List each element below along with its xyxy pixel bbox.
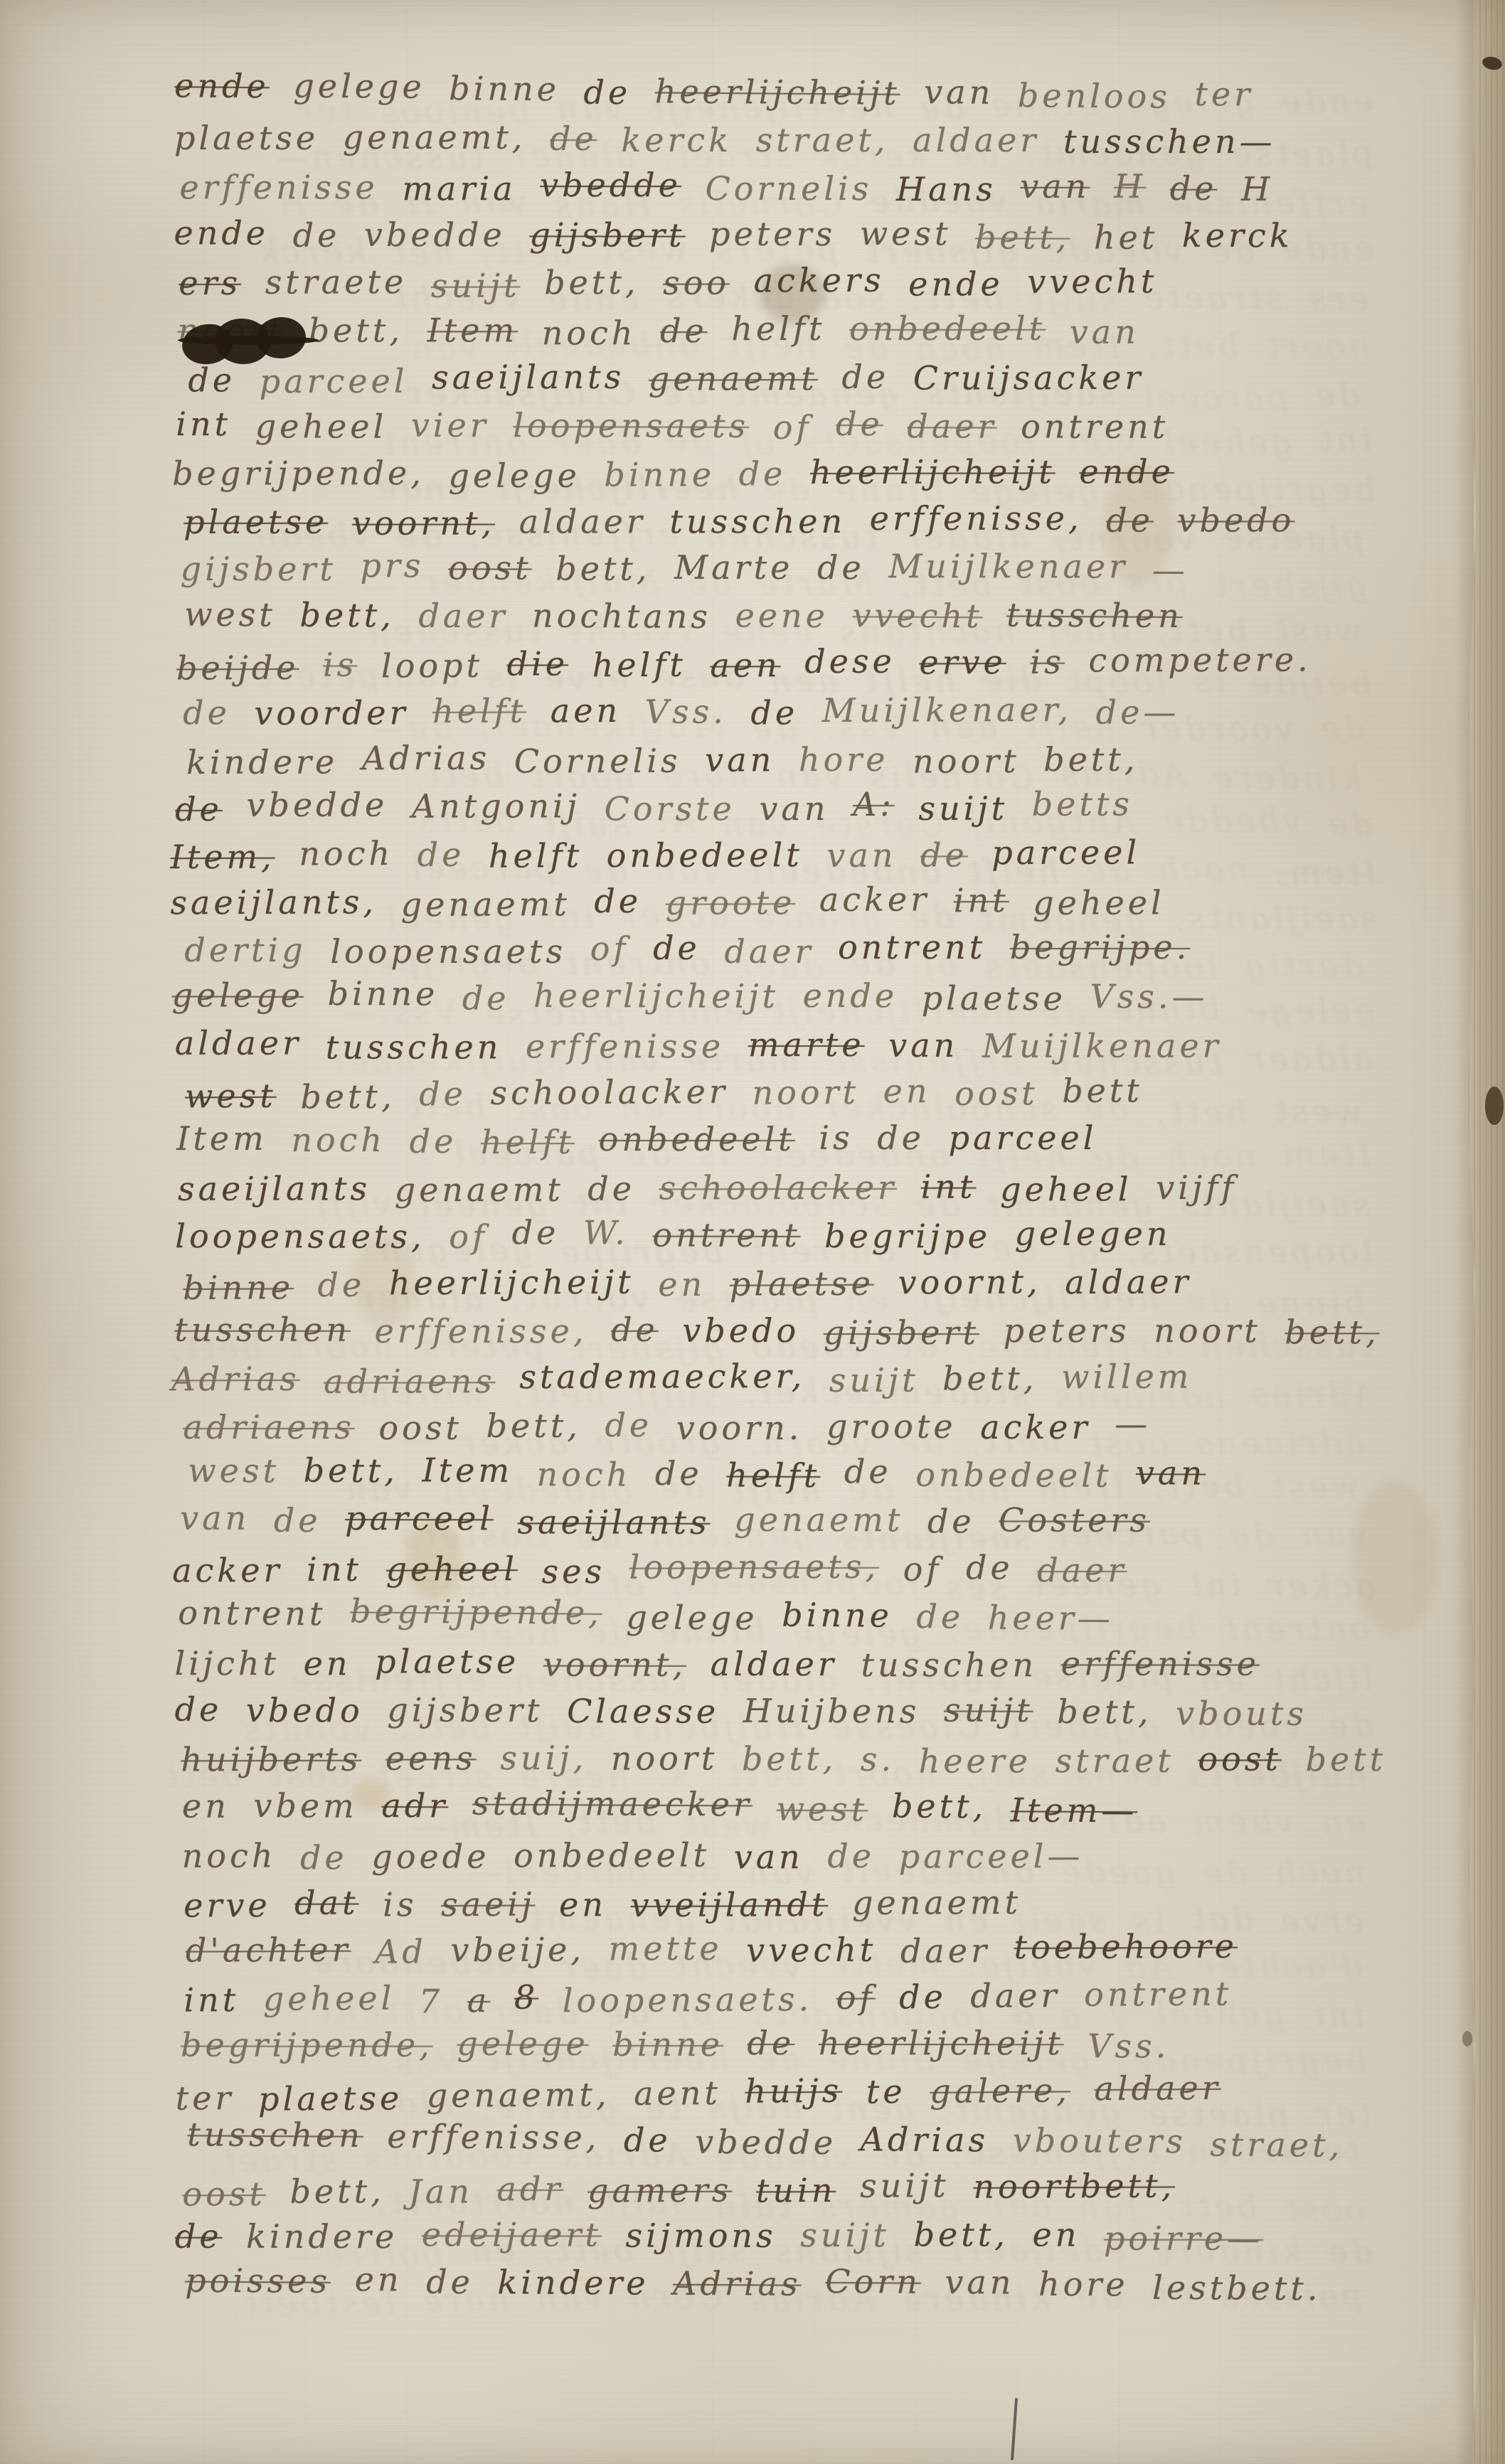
word: schoolacker [490,1072,728,1111]
word: Item [176,1119,267,1158]
word: tusschen [1006,596,1183,635]
manuscript-line: van de parceel saeijlants genaemt de Cos… [180,1497,1460,1547]
word: saeij [441,1885,535,1924]
word: 7 [419,1982,444,2020]
word: hore [1038,2264,1129,2303]
word: bett, [975,218,1070,257]
word: noort [752,1073,859,1112]
word: genaemt [395,1170,564,1209]
word: bett [1062,1071,1143,1110]
manuscript-line: plaetse genaemt, de kerck straet, aldaer… [174,116,1455,164]
word: voornt, [543,1645,686,1683]
word: en [1032,2215,1080,2254]
word: vier [411,406,489,444]
word: de [183,693,230,732]
word: en [883,1072,930,1110]
word: bett, [555,549,650,587]
word: ses [542,1552,606,1591]
word: ontrent [1021,407,1169,445]
manuscript-line: west bett, de schoolacker noort en oost … [185,1065,1465,1121]
word: is [383,1885,418,1924]
word: heerlijcheijt [533,976,779,1015]
word: groote [666,883,796,922]
word: bett, [304,1451,399,1490]
manuscript-line: adriaens oost bett, de voorn. groote ack… [183,1402,1463,1450]
word: gamers [587,2171,733,2210]
word: en [304,1644,351,1682]
word: de [844,1452,892,1490]
word: Huijbens [743,1692,920,1731]
word: de [750,694,798,732]
word: soo [663,264,730,302]
manuscript-line: dertig loopensaets of de daer ontrent be… [184,926,1464,974]
word: poisses [185,2261,331,2300]
word: ende [174,66,270,105]
word: schoolacker [659,1168,897,1207]
word: toebehoore [1014,1926,1238,1966]
word: heerlijcheijt [655,73,900,113]
word: ende [174,214,269,252]
word: prs [360,547,424,585]
word: oost [378,1409,462,1447]
word: bett, [289,2172,385,2211]
word: A: [853,785,895,823]
word: van [759,789,829,828]
word: begrijpe. [1010,928,1190,966]
word: beijde [176,648,299,687]
word: plaetse [375,1642,519,1680]
word: eens [385,1739,477,1777]
word: bett, [486,1407,581,1445]
word: Item [427,311,518,349]
word: suijt [918,789,1008,828]
manuscript-line: Item, noch de helft onbedeelt van de par… [170,828,1450,880]
word: vbouters [1013,2121,1186,2161]
word: de [462,978,510,1017]
word: straet [1055,1741,1174,1779]
manuscript-line: saeijlants genaemt de schoolacker int ge… [178,1163,1458,1212]
word: noch [537,1455,632,1494]
manuscript-line: en vbem adr stadijmaecker west bett, Ite… [182,1780,1462,1834]
word: de [317,1265,365,1303]
manuscript-line: d'achter Ad vbeije, mette vvecht daer to… [186,1924,1466,1976]
word: straet, [756,121,889,159]
word: van [180,1499,250,1537]
word: begrijpe [824,1217,991,1255]
word: voorder [254,693,408,732]
word: W. [583,1213,629,1252]
manuscript-line: west bett, daer nochtans eene vvecht tus… [184,589,1464,644]
word: de [624,2121,671,2159]
word: H [1241,170,1273,208]
word: vbedo [1178,501,1295,539]
word: Antgonij [412,786,580,825]
word: de [550,119,597,158]
word: erve [184,1886,271,1924]
word: lestbett. [1152,2268,1321,2307]
word: genaemt, [427,2075,610,2115]
word: peters [709,214,836,252]
word: onbedeelt [599,1120,795,1158]
word: de [655,1454,703,1493]
word: de [419,1074,467,1113]
word: te [866,2072,906,2111]
word: saeijlants [178,1169,371,1208]
word: noort [611,1739,718,1777]
manuscript-line: de vbedo gijsbert Claesse Huijbens suijt… [175,1687,1455,1738]
word: west [188,1451,280,1490]
word: plaetse [184,503,328,541]
word: west [184,595,276,634]
word: is [819,1119,853,1157]
word: begrijpende, [172,454,425,493]
word: de [426,2263,474,2301]
word: oost [1198,1739,1282,1778]
word: binne [183,1268,294,1307]
word: gelege [626,1598,758,1637]
word: Adrias [861,2121,989,2160]
word: ende [1079,452,1174,491]
word: de [418,836,465,874]
manuscript-line: de kindere edeijaert sijmons suijt bett,… [175,2212,1455,2261]
word: heerlijcheijt [389,1263,634,1303]
manuscript-line: west bett, Item noch de helft de onbedee… [188,1447,1468,1500]
word: Adrias [362,739,491,778]
word: vvecht [1027,262,1157,302]
word: geheel [263,1978,395,2017]
word: Costers [999,1500,1150,1539]
word: H [1114,166,1146,205]
word: gelege [457,2025,588,2063]
word: acker [172,1551,282,1589]
manuscript-line: binne de heerlijcheijt en plaetse voornt… [183,1256,1463,1311]
word: kerck [1182,216,1293,255]
word: ende [803,976,898,1014]
word: bett, [742,1739,836,1778]
word: daer [900,1931,990,1970]
word: de [410,1122,457,1161]
word: Muijlkenaer, [822,690,1073,730]
word: competere. [1088,640,1312,679]
word: helft [592,646,686,685]
word: de [916,1597,964,1636]
manuscript-line: tusschen erffenisse, de vbedo gijsbert p… [174,1307,1455,1355]
manuscript-line: ter plaetse genaemt, aent huijs te galer… [175,2064,1455,2121]
word: suijt [860,2166,950,2205]
word: en [355,2260,403,2298]
word: geheel [385,1550,518,1588]
word: noortbett, [973,2166,1175,2205]
word: poirre— [1104,2219,1263,2257]
word: de [300,1838,348,1877]
manuscript-line: erffenisse maria vbedde Cornelis Hans va… [179,164,1459,212]
word: aldaer [175,1024,302,1062]
word: genaemt [649,359,818,398]
word: of [590,929,629,968]
word: daer [724,932,814,971]
word: loopensaets, [175,1217,425,1256]
word: gijsbert [824,1313,979,1352]
word: saeijlants, [170,882,377,922]
word: erffenisse [526,1027,724,1065]
word: geheel [255,407,388,445]
word: bett, [942,1359,1037,1397]
word: en [559,1885,607,1924]
word: tusschen [326,1028,502,1066]
word: de [175,1690,223,1728]
word: de [836,405,883,443]
word: of [449,1217,488,1256]
word: vvecht [746,1931,876,1970]
word: of [903,1550,942,1589]
word: benloos [1018,76,1171,116]
word: genaemt [852,1883,1021,1922]
word: plaetse [922,978,1066,1018]
word: gelege [172,976,304,1015]
word: mette [608,1929,722,1968]
word: int [954,881,1009,919]
word: erffenisse [1061,1644,1260,1682]
word: nochtans [532,597,711,636]
word: parceel [991,833,1140,872]
word: aen [710,646,780,684]
word: Item [422,1451,513,1490]
word: aldaer [913,121,1039,159]
word: 8 [514,1978,539,2017]
word: Hans [896,170,996,208]
word: genaemt [401,885,570,924]
word: vbem [253,1786,358,1825]
word: van [1020,167,1090,206]
word: onbedeelt [607,836,803,875]
word: bett, [299,595,395,634]
word: de— [1096,693,1180,731]
word: oost [448,548,532,587]
word: — [1152,551,1188,590]
word: de [899,1978,947,2016]
word: de [841,357,889,395]
manuscript-line: erve dat is saeij en vveijlandt genaemt [184,1877,1464,1929]
word: suijt [431,266,521,304]
word: de [274,1500,321,1539]
word: bett, [300,1077,395,1116]
word: de [594,882,642,920]
word: gijsbert [387,1690,543,1729]
word: betts [1032,785,1133,823]
word: loopt [381,646,483,685]
word: vvecht [852,597,982,636]
word: erffenisse, [387,2117,600,2157]
manuscript-line: noch de goede onbedeelt van de parceel— [182,1829,1462,1881]
word: ter [176,2078,235,2117]
word: loopensaets. [563,1980,813,2020]
word: ende [908,265,1004,303]
word: aldaer [519,502,646,540]
word: Marte [674,548,793,586]
word: parceel [345,1498,494,1537]
word: Cornelis [514,742,681,781]
word: de [653,929,701,967]
word: plaetse [174,119,319,158]
manuscript-line: ers straete suijt bett, soo ackers ende … [179,257,1459,309]
word: tusschen [174,1311,351,1349]
word: helft [489,836,583,875]
word: straete [265,262,408,302]
word: de [748,2024,795,2062]
word: adriaens [183,1408,354,1446]
word: de [817,548,865,587]
edge-streaks [1462,0,1505,2464]
word: Claesse [567,1692,719,1731]
word: van [734,1838,804,1876]
word: dertig [184,931,306,969]
manuscript-text-block: ende gelege binne de heerlijcheijt van b… [179,68,1459,2308]
word: de [583,73,631,112]
word: bett, [309,311,403,350]
word: de [877,1119,925,1157]
word: de [827,1837,875,1875]
word: begrijpende, [350,1592,602,1632]
word: Adrias [673,2264,802,2303]
word: voornt, [898,1263,1041,1302]
word: noch [291,1121,385,1159]
word: Item, [171,838,275,877]
word: bett, [914,2216,1009,2254]
word: de [188,361,235,400]
word: parceel [949,1119,1097,1157]
word: kindere [186,742,338,782]
word: a [467,1981,491,2020]
word: suijt [944,1690,1033,1729]
word: kindere [246,2217,398,2256]
word: binne [604,455,715,494]
manuscript-line: poisses en de kindere Adrias Corn van ho… [185,2256,1465,2312]
manuscript-line: gelege binne de heerlijcheijt ende plaet… [172,971,1452,1023]
word: de [739,454,787,493]
word: vbedde [364,215,506,253]
word: de [660,311,708,350]
word: dat [294,1884,359,1922]
word: west [185,1077,277,1116]
word: begrijpende, [181,2026,433,2064]
word: van [1070,312,1139,351]
word: peters [1004,1311,1130,1350]
word: binne [782,1595,893,1634]
word: int [307,1550,362,1589]
word: helft [481,1123,575,1161]
word: vbedo [246,1690,363,1729]
word: vbedde [695,2123,836,2162]
word: aent [634,2074,721,2113]
word: vbouts [1176,1695,1307,1733]
word: maria [402,169,516,208]
word: genaemt [734,1500,903,1539]
word: genaemt, [343,118,526,156]
word: gijsbert [529,215,685,254]
word: groote [826,1407,957,1446]
word: of [773,408,812,447]
word: bett, [1043,740,1138,778]
manuscript-line: plaetse voornt, aldaer tusschen erffenis… [184,496,1464,545]
word: noort [913,742,1020,780]
word: willem [1061,1358,1193,1396]
word: kindere [497,2263,649,2302]
manuscript-line: Item noch de helft onbedeelt is de parce… [176,1116,1457,1164]
word: aldaer [711,1644,837,1682]
word: de [175,790,223,828]
word: suij, [500,1739,587,1777]
word: straet, [1210,2126,1343,2165]
word: de [611,1311,659,1349]
word: binne [612,2025,723,2064]
word: de [605,1406,652,1444]
word: aldaer [1065,1262,1192,1301]
word: parceel [260,362,408,401]
word: ontrent [178,1594,326,1633]
word: noort [178,311,285,349]
word: de [587,1170,635,1208]
manuscript-line: int geheel 7 a 8 loopensaets. of de daer… [184,1970,1464,2026]
manuscript-line: beijde is loopt die helft aen dese erve … [176,638,1457,690]
word: oost [954,1074,1038,1113]
word: noch [299,834,393,873]
word: oost [182,2174,266,2213]
word: saeijlants [432,358,624,397]
manuscript-line: huijberts eens suij, noort bett, s. heer… [181,1734,1461,1786]
word: — [1115,1404,1151,1443]
word: van [945,2263,1014,2302]
word: lijcht [174,1644,280,1682]
ink-speck [1481,55,1503,71]
word: Cornelis [706,169,873,208]
word: vbedo [682,1311,799,1350]
word: adr [496,2170,563,2208]
word: acker [819,880,930,919]
word: huijberts [181,1740,361,1779]
word: marte [748,1025,865,1064]
word: parceel— [899,1837,1084,1876]
word: west [776,1789,868,1828]
manuscript-line: begrijpende, gelege binne de heerlijchei… [181,2022,1461,2070]
word: gelege [293,67,425,106]
manuscript-line: ontrent begrijpende, gelege binne de hee… [178,1589,1458,1646]
word: saeijlants [518,1503,711,1541]
word: vbeije, [450,1930,585,1969]
word: goede [371,1837,489,1876]
word: de [920,836,968,874]
word: Corste [605,789,735,828]
word: is [323,645,358,683]
word: kerck [621,121,732,159]
word: of [836,1978,876,2016]
manuscript-line: int geheel vier loopensaets of de daer o… [176,400,1456,451]
manuscript-line: aldaer tusschen erffenisse marte van Mui… [175,1020,1455,1070]
word: de [512,1213,560,1252]
manuscript-line: begrijpende, gelege binne de heerlijchei… [172,448,1452,498]
word: suijt [829,1361,919,1399]
word: eene [735,596,829,635]
word: de [175,2217,223,2255]
word: noch [182,1836,277,1874]
word: gelegen [1015,1215,1171,1253]
manuscript-line: de parceel saeijlants genaemt de Cruijsa… [188,352,1468,403]
word: bett [1305,1740,1386,1778]
word: vbedde [246,785,388,823]
word: Jan [408,2172,473,2210]
word: loopensaets, [629,1547,880,1586]
word: onbedeelt [915,1455,1112,1494]
word: suijt [800,2216,890,2254]
